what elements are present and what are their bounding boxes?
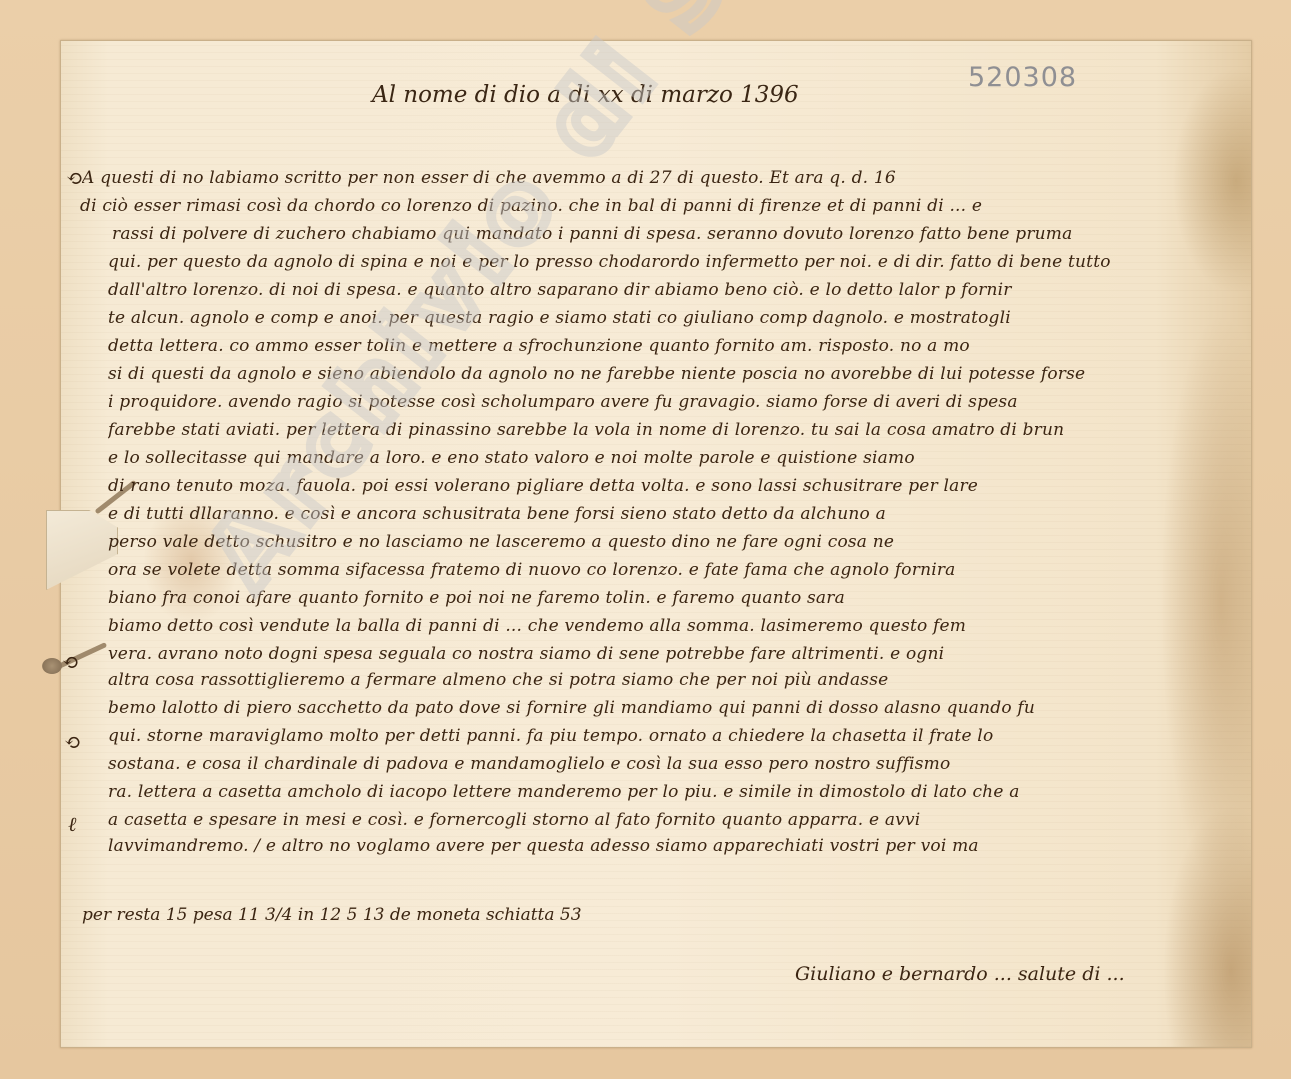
text-line: di rano tenuto moza. fauola. poi essi vo…: [108, 476, 1210, 496]
text-line: biano fra conoi afare quanto fornito e p…: [108, 588, 1210, 608]
margin-mark: ⟲: [64, 730, 81, 754]
text-line: altra cosa rassottiglieremo a fermare al…: [108, 670, 1210, 690]
text-line: perso vale detto schusitro e no lasciamo…: [108, 532, 1210, 552]
text-line: ora se volete detta somma sifacessa frat…: [108, 560, 1210, 580]
margin-mark: ⟲: [62, 650, 79, 674]
text-line: dall'altro lorenzo. di noi di spesa. e q…: [108, 280, 1210, 300]
text-line: i proquidore. avendo ragio si potesse co…: [108, 392, 1210, 412]
margin-mark: ⟲: [66, 166, 83, 190]
binding-string-tuft: [42, 658, 62, 674]
text-line: vera. avrano noto dogni spesa seguala co…: [108, 644, 1210, 664]
text-line: te alcun. agnolo e comp e anoi. per ques…: [108, 308, 1210, 328]
text-line: qui. storne maraviglamo molto per detti …: [108, 726, 1210, 746]
text-line: si di questi da agnolo e sieno abiendolo…: [108, 364, 1210, 384]
margin-mark: ℓ: [68, 812, 76, 837]
text-line: bemo lalotto di piero sacchetto da pato …: [108, 698, 1210, 718]
text-line: farebbe stati aviati. per lettera di pin…: [108, 420, 1210, 440]
text-line: rassi di polvere di zuchero chabiamo qui…: [112, 224, 1212, 244]
text-line: biamo detto così vendute la balla di pan…: [108, 616, 1210, 636]
text-line: di ciò esser rimasi così da chordo co lo…: [80, 196, 1220, 216]
archive-shelfmark: 520308: [968, 62, 1077, 93]
text-line: a casetta e spesare in mesi e così. e fo…: [108, 810, 1210, 830]
text-line: qui. per questo da agnolo di spina e noi…: [108, 252, 1210, 272]
document-viewer: 520308 Al nome di dio a di xx di marzo 1…: [0, 0, 1291, 1079]
text-line: ra. lettera a casetta amcholo di iacopo …: [108, 782, 1210, 802]
letter-heading: Al nome di dio a di xx di marzo 1396: [372, 82, 799, 108]
text-line: lavvimandremo. / e altro no voglamo aver…: [108, 836, 1210, 856]
text-line: sostana. e cosa il chardinale di padova …: [108, 754, 1210, 774]
text-line: detta lettera. co ammo esser tolin e met…: [108, 336, 1210, 356]
account-totals-line: per resta 15 pesa 11 3/4 in 12 5 13 de m…: [82, 905, 582, 925]
letter-signature: Giuliano e bernardo ... salute di ...: [795, 963, 1125, 985]
text-line: A questi di no labiamo scritto per non e…: [82, 168, 1212, 188]
text-line: e lo sollecitasse qui mandare a loro. e …: [108, 448, 1210, 468]
text-line: e di tutti dllaranno. e così e ancora sc…: [108, 504, 1210, 524]
